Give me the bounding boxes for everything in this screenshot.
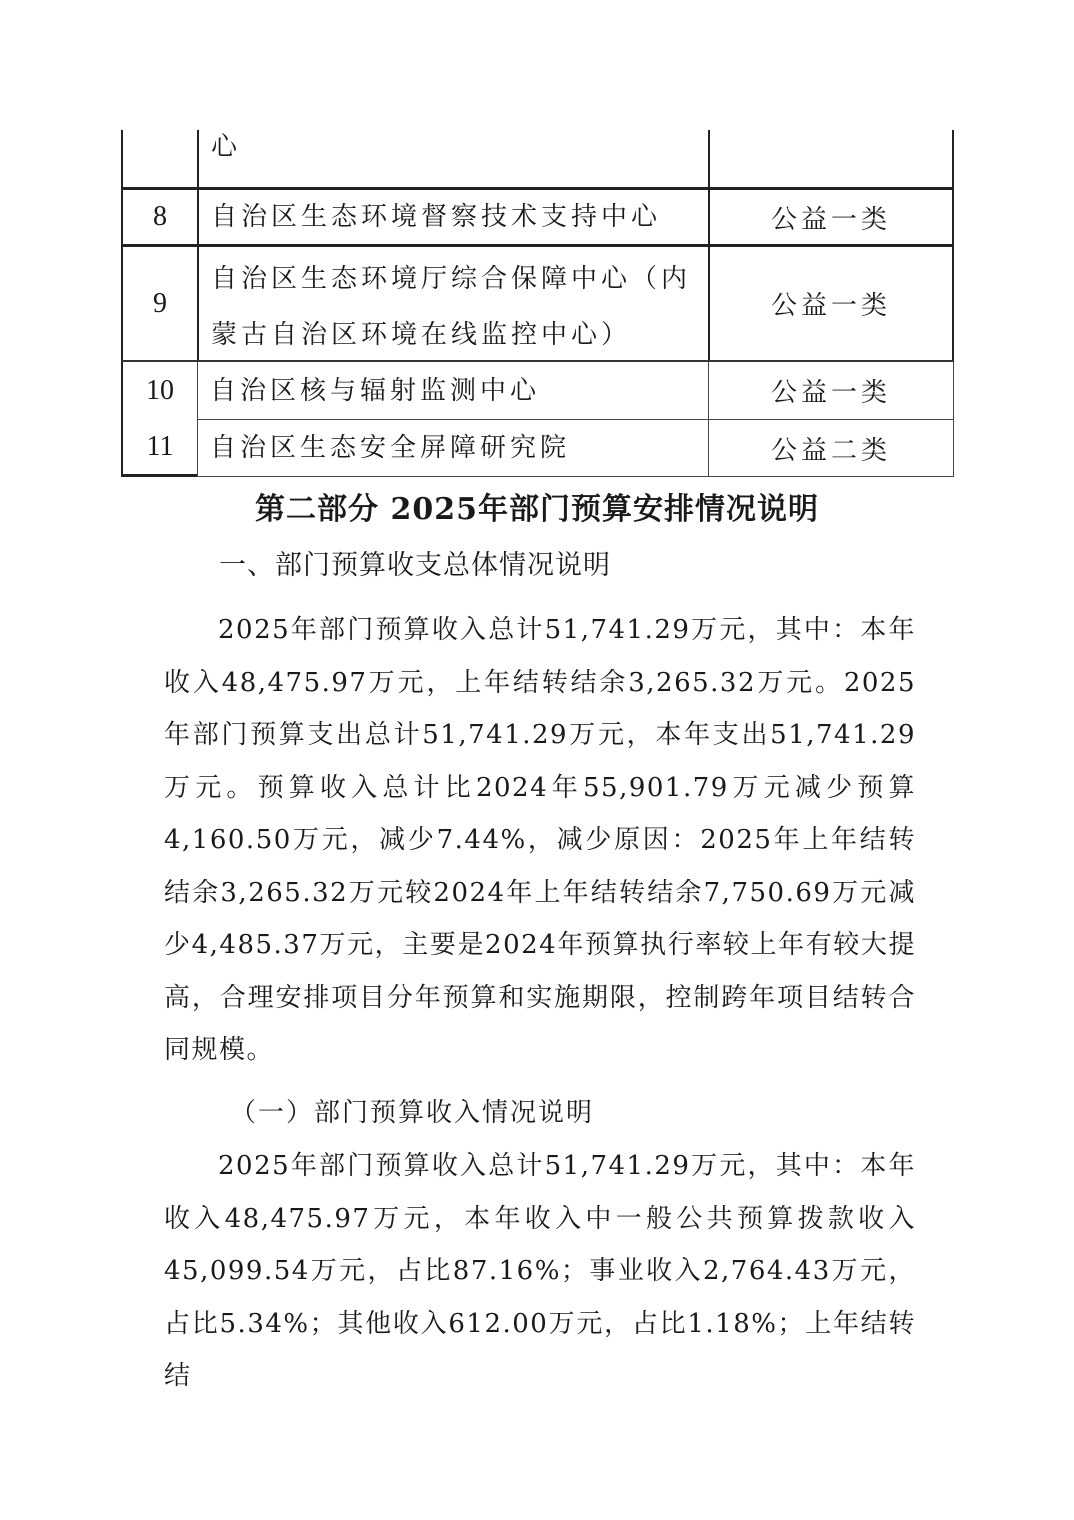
paragraph-text: 2025年部门预算收入总计51,741.29万元，其中：本年收入48,475.9…	[164, 615, 916, 1065]
document-page: 心 8 自治区生态环境督察技术支持中心 公益一类 9 自治区生态环境厅综合保障中…	[0, 0, 1074, 1520]
table-row: 10 自治区核与辐射监测中心 公益一类	[121, 362, 954, 420]
table-row: 11 自治区生态安全屏障研究院 公益二类	[121, 420, 954, 477]
institution-type: 公益一类	[708, 362, 954, 420]
institution-type: 公益二类	[708, 420, 954, 477]
section-title: 第二部分 2025年部门预算安排情况说明	[0, 484, 1074, 528]
institution-name: 心	[197, 130, 708, 187]
row-number: 10	[121, 362, 197, 420]
institution-table: 心 8 自治区生态环境督察技术支持中心 公益一类 9 自治区生态环境厅综合保障中…	[121, 130, 954, 477]
heading-overall-budget: 一、部门预算收支总体情况说明	[219, 543, 611, 582]
table-row: 8 自治区生态环境督察技术支持中心 公益一类	[121, 190, 954, 247]
institution-type	[708, 130, 954, 187]
institution-name: 自治区生态安全屏障研究院	[197, 420, 708, 477]
institution-name: 自治区生态环境厅综合保障中心（内蒙古自治区环境在线监控中心）	[197, 247, 708, 360]
institution-name: 自治区生态环境督察技术支持中心	[197, 190, 708, 244]
table-row: 心	[121, 130, 954, 190]
institution-name: 自治区核与辐射监测中心	[197, 362, 708, 420]
row-number	[121, 130, 197, 187]
paragraph-income: 2025年部门预算收入总计51,741.29万元，其中：本年收入48,475.9…	[164, 1140, 916, 1403]
paragraph-overall-budget: 2025年部门预算收入总计51,741.29万元，其中：本年收入48,475.9…	[164, 604, 916, 1077]
paragraph-text: 2025年部门预算收入总计51,741.29万元，其中：本年收入48,475.9…	[164, 1151, 916, 1391]
row-number: 11	[121, 420, 197, 477]
row-number: 8	[121, 190, 197, 244]
heading-income: （一）部门预算收入情况说明	[230, 1092, 594, 1129]
institution-type: 公益一类	[708, 247, 954, 360]
table-row: 9 自治区生态环境厅综合保障中心（内蒙古自治区环境在线监控中心） 公益一类	[121, 247, 954, 362]
institution-type: 公益一类	[708, 190, 954, 244]
row-number: 9	[121, 247, 197, 360]
